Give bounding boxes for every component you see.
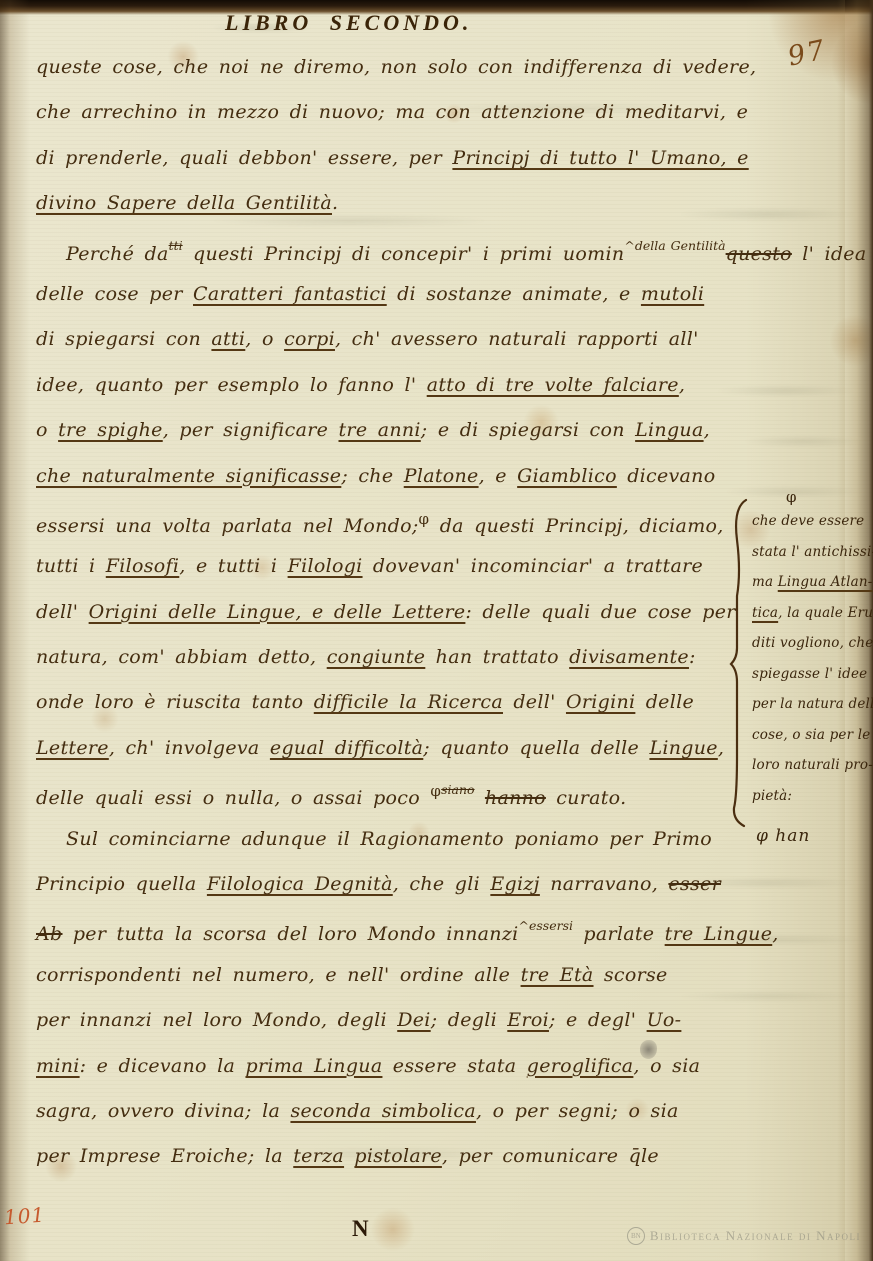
- manuscript-line: Sul cominciarne adunque il Ragionamento …: [36, 828, 756, 873]
- margin-note-line: pietà:: [752, 781, 870, 812]
- margin-note-han: φ han: [756, 826, 810, 846]
- margin-note-ref-mark: φ: [752, 488, 870, 506]
- library-watermark-text: Biblioteca Nazionale di Napoli: [650, 1228, 861, 1244]
- margin-note-line: loro naturali pro-: [752, 750, 870, 781]
- binding-shadow: [0, 0, 30, 1261]
- manuscript-line: natura, com' abbiam detto, congiunte han…: [36, 646, 756, 691]
- margin-note-lines: che deve esserestata l' antichissi-ma Li…: [752, 506, 870, 811]
- manuscript-line: idee, quanto per esemplo lo fanno l' att…: [36, 374, 756, 419]
- margin-note-line: cose, o sia per le: [752, 720, 870, 751]
- manuscript-line: essersi una volta parlata nel Mondo;φ da…: [36, 510, 756, 555]
- manuscript-line: tutti i Filosofi, e tutti i Filologi dov…: [36, 555, 756, 600]
- manuscript-line: divino Sapere della Gentilità.: [36, 192, 756, 237]
- manuscript-text: queste cose, che noi ne diremo, non solo…: [36, 56, 756, 1191]
- page-title: LIBRO SECONDO.: [225, 10, 472, 36]
- margin-note-line: ma Lingua Atlan-: [752, 567, 870, 598]
- margin-note-line: per la natura delle: [752, 689, 870, 720]
- manuscript-line: o tre spighe, per significare tre anni; …: [36, 419, 756, 464]
- margin-note-line: spiegasse l' idee: [752, 659, 870, 690]
- manuscript-line: onde loro è riuscita tanto difficile la …: [36, 691, 756, 736]
- margin-note-line: tica, la quale Eru-: [752, 598, 870, 629]
- manuscript-line: mini: e dicevano la prima Lingua essere …: [36, 1055, 756, 1100]
- manuscript-line: per Imprese Eroiche; la terza pistolare,…: [36, 1145, 756, 1190]
- margin-note-line: che deve essere: [752, 506, 870, 537]
- manuscript-line: Principio quella Filologica Degnità, che…: [36, 873, 756, 918]
- manuscript-line: queste cose, che noi ne diremo, non solo…: [36, 56, 756, 101]
- manuscript-line: corrispondenti nel numero, e nell' ordin…: [36, 964, 756, 1009]
- folio-number: 97: [785, 34, 829, 72]
- library-watermark: BN Biblioteca Nazionale di Napoli: [627, 1227, 861, 1245]
- manuscript-line: Perché datti questi Principj di concepir…: [36, 238, 756, 283]
- margin-note: φ che deve esserestata l' antichissi-ma …: [752, 488, 870, 811]
- manuscript-line: delle quali essi o nulla, o assai poco φ…: [36, 782, 756, 827]
- manuscript-line: sagra, ovvero divina; la seconda simboli…: [36, 1100, 756, 1145]
- manuscript-line: di spiegarsi con atti, o corpi, ch' aves…: [36, 328, 756, 373]
- manuscript-page: LIBRO SECONDO. 97 queste cose, che noi n…: [0, 0, 873, 1261]
- manuscript-line: che arrechino in mezzo di nuovo; ma con …: [36, 101, 756, 146]
- manuscript-line: delle cose per Caratteri fantastici di s…: [36, 283, 756, 328]
- manuscript-line: di prenderle, quali debbon' essere, per …: [36, 147, 756, 192]
- margin-note-line: stata l' antichissi-: [752, 537, 870, 568]
- manuscript-line: Lettere, ch' involgeva egual difficoltà;…: [36, 737, 756, 782]
- manuscript-line: dell' Origini delle Lingue, e delle Lett…: [36, 601, 756, 646]
- catchword: N: [352, 1216, 370, 1242]
- margin-brace: [728, 496, 750, 830]
- library-logo-icon: BN: [627, 1227, 645, 1245]
- manuscript-line: che naturalmente significasse; che Plato…: [36, 465, 756, 510]
- margin-note-line: diti vogliono, che: [752, 628, 870, 659]
- manuscript-line: Ab per tutta la scorsa del loro Mondo in…: [36, 918, 756, 963]
- modern-foliation-number: 101: [3, 1203, 46, 1230]
